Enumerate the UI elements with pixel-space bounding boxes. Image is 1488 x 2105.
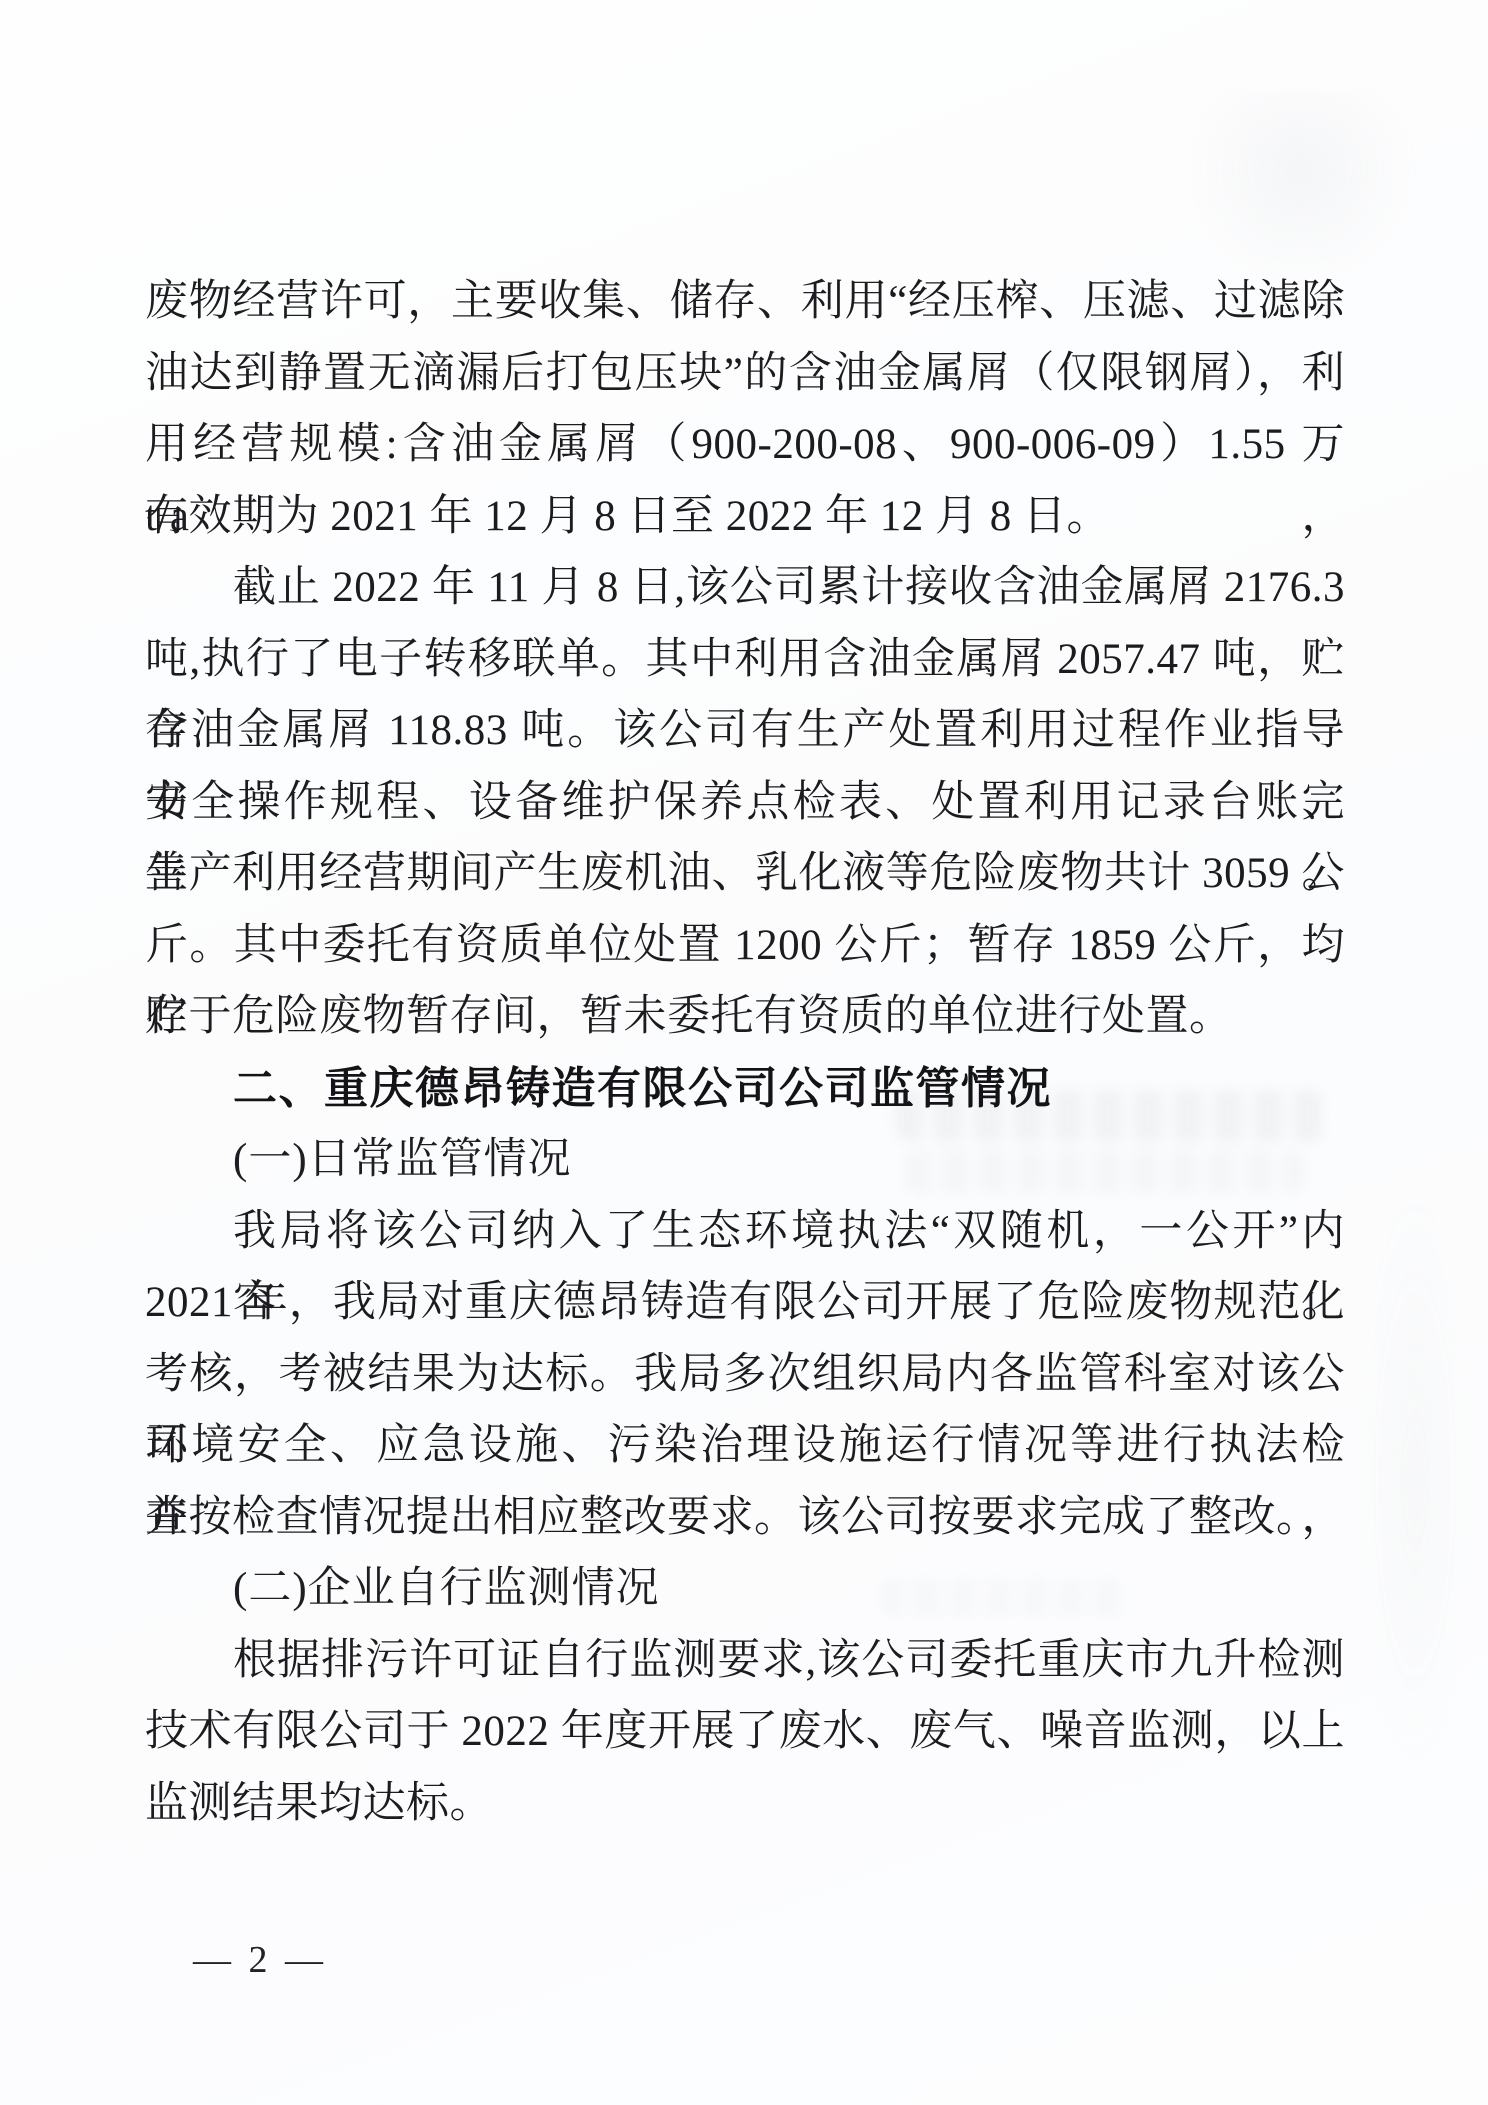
text-line: 截止 2022 年 11 月 8 日,该公司累计接收含油金属屑 2176.3	[145, 552, 1345, 624]
text-line: 根据排污许可证自行监测要求,该公司委托重庆市九升检测	[145, 1625, 1345, 1697]
subsection-heading: (一)日常监管情况	[145, 1124, 1345, 1196]
section-heading: 二、重庆德昂铸造有限公司公司监管情况	[145, 1053, 1345, 1125]
text-line: 存于危险废物暂存间，暂未委托有资质的单位进行处置。	[145, 981, 1345, 1053]
text-line: 斤。其中委托有资质单位处置 1200 公斤；暂存 1859 公斤，均贮	[145, 910, 1345, 982]
text-line: 我局将该公司纳入了生态环境执法“双随机，一公开”内容。	[145, 1196, 1345, 1268]
scan-artifact	[1180, 90, 1420, 290]
text-line: 用经营规模:含油金属屑（900-200-08、900-006-09）1.55 万…	[145, 409, 1345, 481]
text-line: 含油金属屑 118.83 吨。该公司有生产处置利用过程作业指导书、	[145, 695, 1345, 767]
text-line: 油达到静置无滴漏后打包压块”的含油金属屑（仅限钢屑），利	[145, 338, 1345, 410]
page-number: — 2 —	[193, 1938, 327, 1982]
text-line: 2021 年，我局对重庆德昂铸造有限公司开展了危险废物规范化	[145, 1267, 1345, 1339]
text-line: 考核，考被结果为达标。我局多次组织局内各监管科室对该公司	[145, 1339, 1345, 1411]
text-line: 环境安全、应急设施、污染治理设施运行情况等进行执法检查，	[145, 1410, 1345, 1482]
subsection-heading: (二)企业自行监测情况	[145, 1553, 1345, 1625]
text-line: 技术有限公司于 2022 年度开展了废水、废气、噪音监测，以上	[145, 1696, 1345, 1768]
text-line: 监测结果均达标。	[145, 1768, 1345, 1840]
text-line: 并按检查情况提出相应整改要求。该公司按要求完成了整改。	[145, 1482, 1345, 1554]
scan-artifact	[1360, 1200, 1470, 1760]
text-line: 生产利用经营期间产生废机油、乳化液等危险废物共计 3059 公	[145, 838, 1345, 910]
document-page: 废物经营许可，主要收集、储存、利用“经压榨、压滤、过滤除油达到静置无滴漏后打包压…	[0, 0, 1488, 2105]
document-body: 废物经营许可，主要收集、储存、利用“经压榨、压滤、过滤除油达到静置无滴漏后打包压…	[145, 266, 1345, 1839]
text-line: 安全操作规程、设备维护保养点检表、处置利用记录台账完善。	[145, 767, 1345, 839]
text-line: 废物经营许可，主要收集、储存、利用“经压榨、压滤、过滤除	[145, 266, 1345, 338]
text-line: 吨,执行了电子转移联单。其中利用含油金属屑 2057.47 吨，贮存	[145, 624, 1345, 696]
